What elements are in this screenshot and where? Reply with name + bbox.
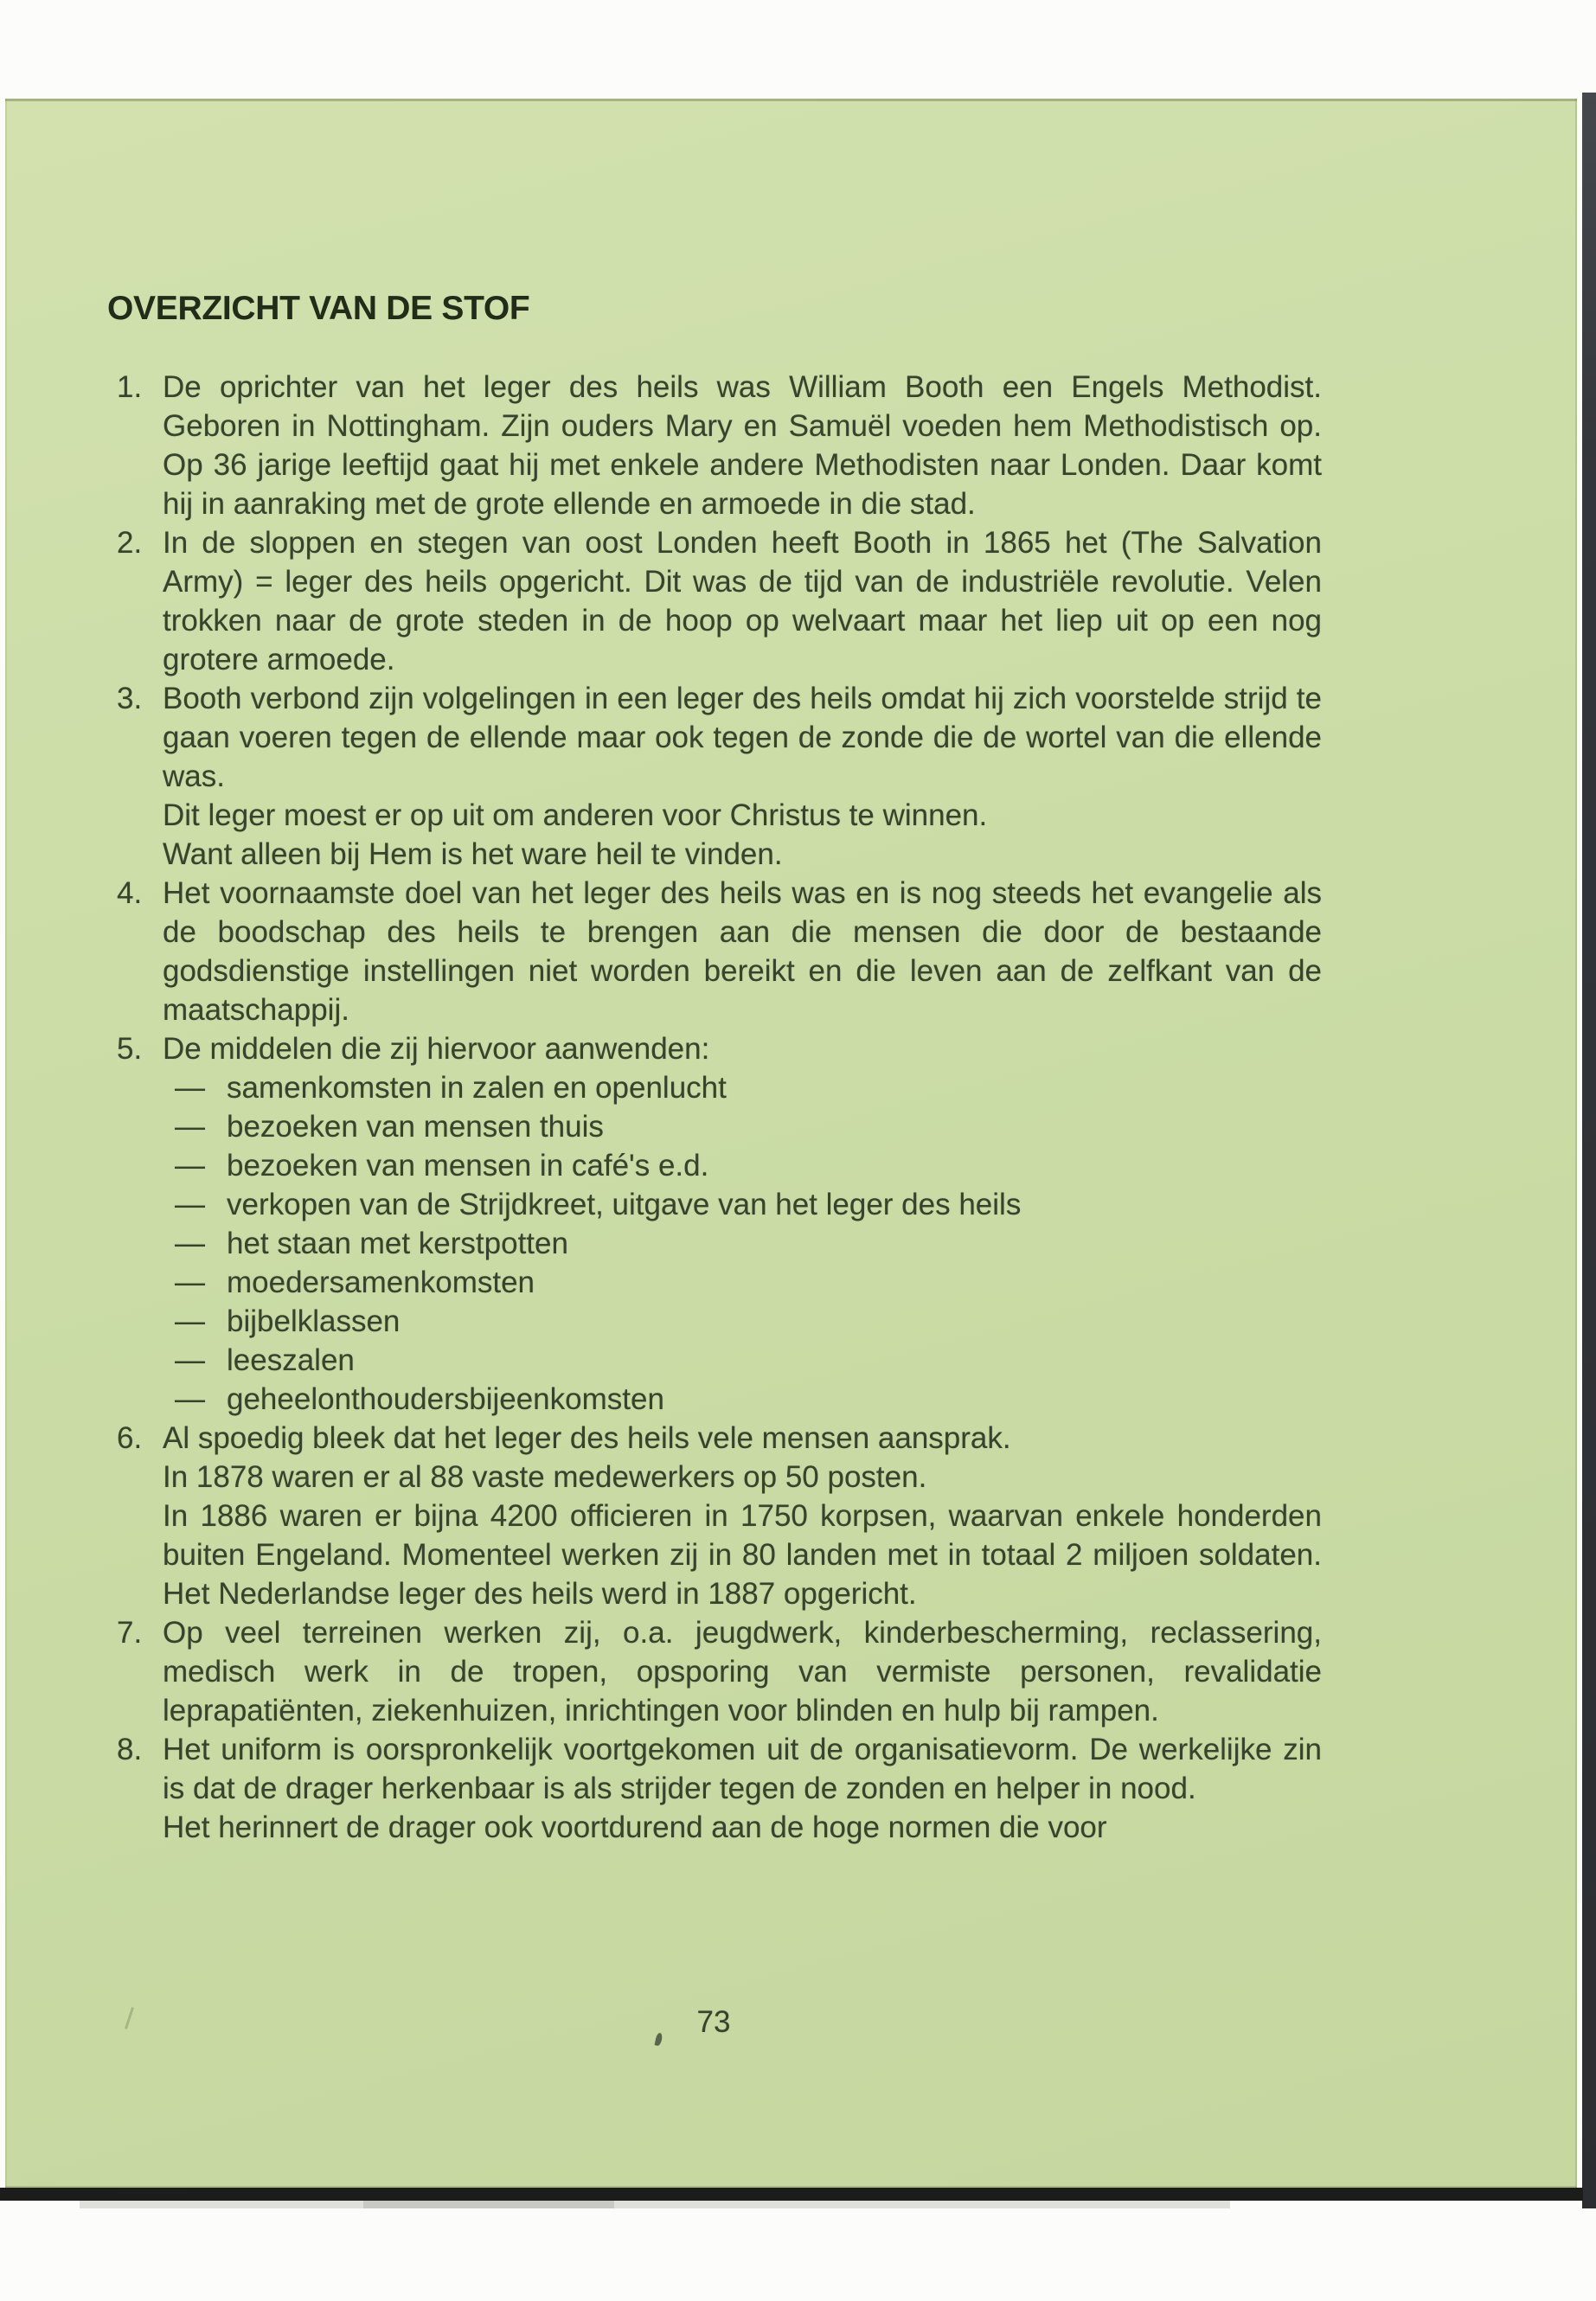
item-body: Op veel terreinen werken zij, o.a. jeugd…: [163, 1613, 1322, 1730]
bullet-list: —samenkomsten in zalen en openlucht—bezo…: [163, 1068, 1322, 1419]
item-body: Het uniform is oorspronkelijk voortgekom…: [163, 1730, 1322, 1847]
bullet-text: samenkomsten in zalen en openlucht: [227, 1068, 1322, 1107]
item-body: Al spoedig bleek dat het leger des heils…: [163, 1419, 1322, 1613]
bullet-text: geheelonthoudersbijeenkomsten: [227, 1380, 1322, 1419]
item-paragraph: Want alleen bij Hem is het ware heil te …: [163, 835, 1322, 874]
page-number: 73: [640, 2005, 787, 2040]
bullet-item: —verkopen van de Strijdkreet, uitgave va…: [163, 1185, 1322, 1224]
item-number: 3.: [117, 679, 163, 718]
scan-artifact-slash: [125, 2007, 134, 2029]
item-paragraph: Het voornaamste doel van het leger des h…: [163, 874, 1322, 1029]
bullet-text: leeszalen: [227, 1341, 1322, 1380]
item-paragraph: Dit leger moest er op uit om anderen voo…: [163, 796, 1322, 835]
item-number: 4.: [117, 874, 163, 913]
bullet-item: —bijbelklassen: [163, 1302, 1322, 1341]
bullet-text: bezoeken van mensen in café's e.d.: [227, 1146, 1322, 1185]
bullet-dash: —: [175, 1380, 227, 1419]
item-paragraph: De middelen die zij hiervoor aanwenden:: [163, 1029, 1322, 1068]
bullet-text: bezoeken van mensen thuis: [227, 1107, 1322, 1146]
page-edge-shadow: [80, 2201, 1230, 2208]
overview-list: 1.De oprichter van het leger des heils w…: [117, 368, 1322, 1847]
bullet-text: het staan met kerstpotten: [227, 1224, 1322, 1263]
item-number: 2.: [117, 523, 163, 562]
list-item: 7.Op veel terreinen werken zij, o.a. jeu…: [117, 1613, 1322, 1730]
bullet-dash: —: [175, 1185, 227, 1224]
item-paragraph: Al spoedig bleek dat het leger des heils…: [163, 1419, 1322, 1458]
item-paragraph: Het uniform is oorspronkelijk voortgekom…: [163, 1730, 1322, 1808]
bullet-dash: —: [175, 1146, 227, 1185]
item-paragraph: Op veel terreinen werken zij, o.a. jeugd…: [163, 1613, 1322, 1730]
bullet-dash: —: [175, 1302, 227, 1341]
item-paragraph: In de sloppen en stegen van oost Londen …: [163, 523, 1322, 679]
list-item: 5.De middelen die zij hiervoor aanwenden…: [117, 1029, 1322, 1419]
item-paragraph: De oprichter van het leger des heils was…: [163, 368, 1322, 523]
item-body: Booth verbond zijn volgelingen in een le…: [163, 679, 1322, 874]
item-paragraph: Het herinnert de drager ook voortdurend …: [163, 1808, 1322, 1847]
page-title: OVERZICHT VAN DE STOF: [107, 291, 529, 327]
item-number: 8.: [117, 1730, 163, 1769]
item-number: 5.: [117, 1029, 163, 1068]
bullet-text: moedersamenkomsten: [227, 1263, 1322, 1302]
item-number: 7.: [117, 1613, 163, 1652]
item-number: 1.: [117, 368, 163, 407]
list-item: 4.Het voornaamste doel van het leger des…: [117, 874, 1322, 1029]
bullet-text: bijbelklassen: [227, 1302, 1322, 1341]
bullet-dash: —: [175, 1263, 227, 1302]
bullet-item: —samenkomsten in zalen en openlucht: [163, 1068, 1322, 1107]
list-item: 2.In de sloppen en stegen van oost Londe…: [117, 523, 1322, 679]
scanned-book-page: OVERZICHT VAN DE STOF 1.De oprichter van…: [0, 0, 1596, 2301]
page-edge-shadow-dark: [363, 2201, 614, 2208]
page: OVERZICHT VAN DE STOF 1.De oprichter van…: [5, 99, 1577, 2188]
page-edge-bottom: [0, 2188, 1583, 2201]
bullet-dash: —: [175, 1107, 227, 1146]
bullet-dash: —: [175, 1224, 227, 1263]
bullet-item: —geheelonthoudersbijeenkomsten: [163, 1380, 1322, 1419]
item-paragraph: Booth verbond zijn volgelingen in een le…: [163, 679, 1322, 796]
list-item: 6.Al spoedig bleek dat het leger des hei…: [117, 1419, 1322, 1613]
list-item: 8.Het uniform is oorspronkelijk voortgek…: [117, 1730, 1322, 1847]
item-number: 6.: [117, 1419, 163, 1458]
bullet-dash: —: [175, 1068, 227, 1107]
item-paragraph: In 1886 waren er bijna 4200 officieren i…: [163, 1497, 1322, 1613]
item-body: In de sloppen en stegen van oost Londen …: [163, 523, 1322, 679]
item-paragraph: In 1878 waren er al 88 vaste medewerkers…: [163, 1458, 1322, 1497]
list-item: 3.Booth verbond zijn volgelingen in een …: [117, 679, 1322, 874]
bullet-item: —bezoeken van mensen in café's e.d.: [163, 1146, 1322, 1185]
list-item: 1.De oprichter van het leger des heils w…: [117, 368, 1322, 523]
bullet-item: —leeszalen: [163, 1341, 1322, 1380]
page-edge-right: [1582, 93, 1596, 2208]
bullet-item: —het staan met kerstpotten: [163, 1224, 1322, 1263]
bullet-item: —moedersamenkomsten: [163, 1263, 1322, 1302]
item-body: De middelen die zij hiervoor aanwenden:—…: [163, 1029, 1322, 1419]
item-body: Het voornaamste doel van het leger des h…: [163, 874, 1322, 1029]
bullet-dash: —: [175, 1341, 227, 1380]
bullet-item: —bezoeken van mensen thuis: [163, 1107, 1322, 1146]
item-body: De oprichter van het leger des heils was…: [163, 368, 1322, 523]
bullet-text: verkopen van de Strijdkreet, uitgave van…: [227, 1185, 1322, 1224]
